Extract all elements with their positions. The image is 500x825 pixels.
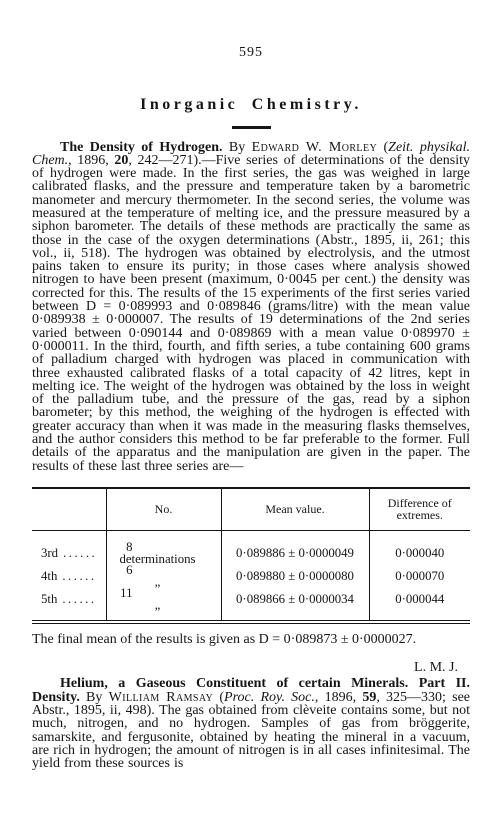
header-difference: Difference of extremes. <box>369 488 470 531</box>
section-title: Inorganic Chemistry. <box>32 97 470 113</box>
difference-cell: 0·000044 <box>369 588 470 622</box>
results-table-header: No. Mean value. Difference of extremes. <box>32 488 470 531</box>
abstract-helium-minerals: Helium, a Gaseous Constituent of certain… <box>32 677 470 770</box>
dot-leader: ...... <box>62 592 96 606</box>
count-cell: 8determinations <box>106 530 221 565</box>
header-no: No. <box>106 488 221 531</box>
count-cell: 6„ <box>106 565 221 588</box>
mean-value-cell: 0·089880 ± 0·0000080 <box>221 565 369 588</box>
header-series <box>32 488 106 531</box>
results-table-body: 3rd......8determinations0·089886 ± 0·000… <box>32 530 470 622</box>
text-segment: , 242—271).—Five series of determination… <box>32 153 470 474</box>
series-label-cell: 5th...... <box>32 588 106 622</box>
abstract-density-of-hydrogen: The Density of Hydrogen. By Edward W. Mo… <box>32 141 470 473</box>
abstractor-initials: L. M. J. <box>32 661 470 675</box>
series-label-cell: 4th...... <box>32 565 106 588</box>
determination-count: 11 <box>113 588 133 600</box>
count-cell: 11„ <box>106 588 221 622</box>
results-table: No. Mean value. Difference of extremes. … <box>32 487 470 625</box>
final-mean-line: The final mean of the results is given a… <box>32 633 470 647</box>
mean-value-cell: 0·089866 ± 0·0000034 <box>221 588 369 622</box>
difference-cell: 0·000070 <box>369 565 470 588</box>
series-ordinal: 3rd <box>41 548 58 560</box>
journal-page: 595 Inorganic Chemistry. The Density of … <box>0 0 500 825</box>
dot-leader: ...... <box>63 546 97 560</box>
section-divider-rule <box>232 126 271 129</box>
page-content: 595 Inorganic Chemistry. The Density of … <box>32 0 470 785</box>
determination-count: 6 <box>113 565 133 577</box>
series-ordinal: 5th <box>41 594 57 606</box>
series-ordinal: 4th <box>41 571 57 583</box>
header-mean-value: Mean value. <box>221 488 369 531</box>
dot-leader: ...... <box>62 569 96 583</box>
table-row: 4th......6„0·089880 ± 0·00000800·000070 <box>32 565 470 588</box>
table-row: 3rd......8determinations0·089886 ± 0·000… <box>32 530 470 565</box>
header-row: No. Mean value. Difference of extremes. <box>32 488 470 531</box>
difference-cell: 0·000040 <box>369 530 470 565</box>
table-row: 5th......11„0·089866 ± 0·00000340·000044 <box>32 588 470 622</box>
mean-value-cell: 0·089886 ± 0·0000049 <box>221 530 369 565</box>
determination-unit: „ <box>113 600 203 612</box>
series-label-cell: 3rd...... <box>32 530 106 565</box>
page-number: 595 <box>32 0 470 60</box>
